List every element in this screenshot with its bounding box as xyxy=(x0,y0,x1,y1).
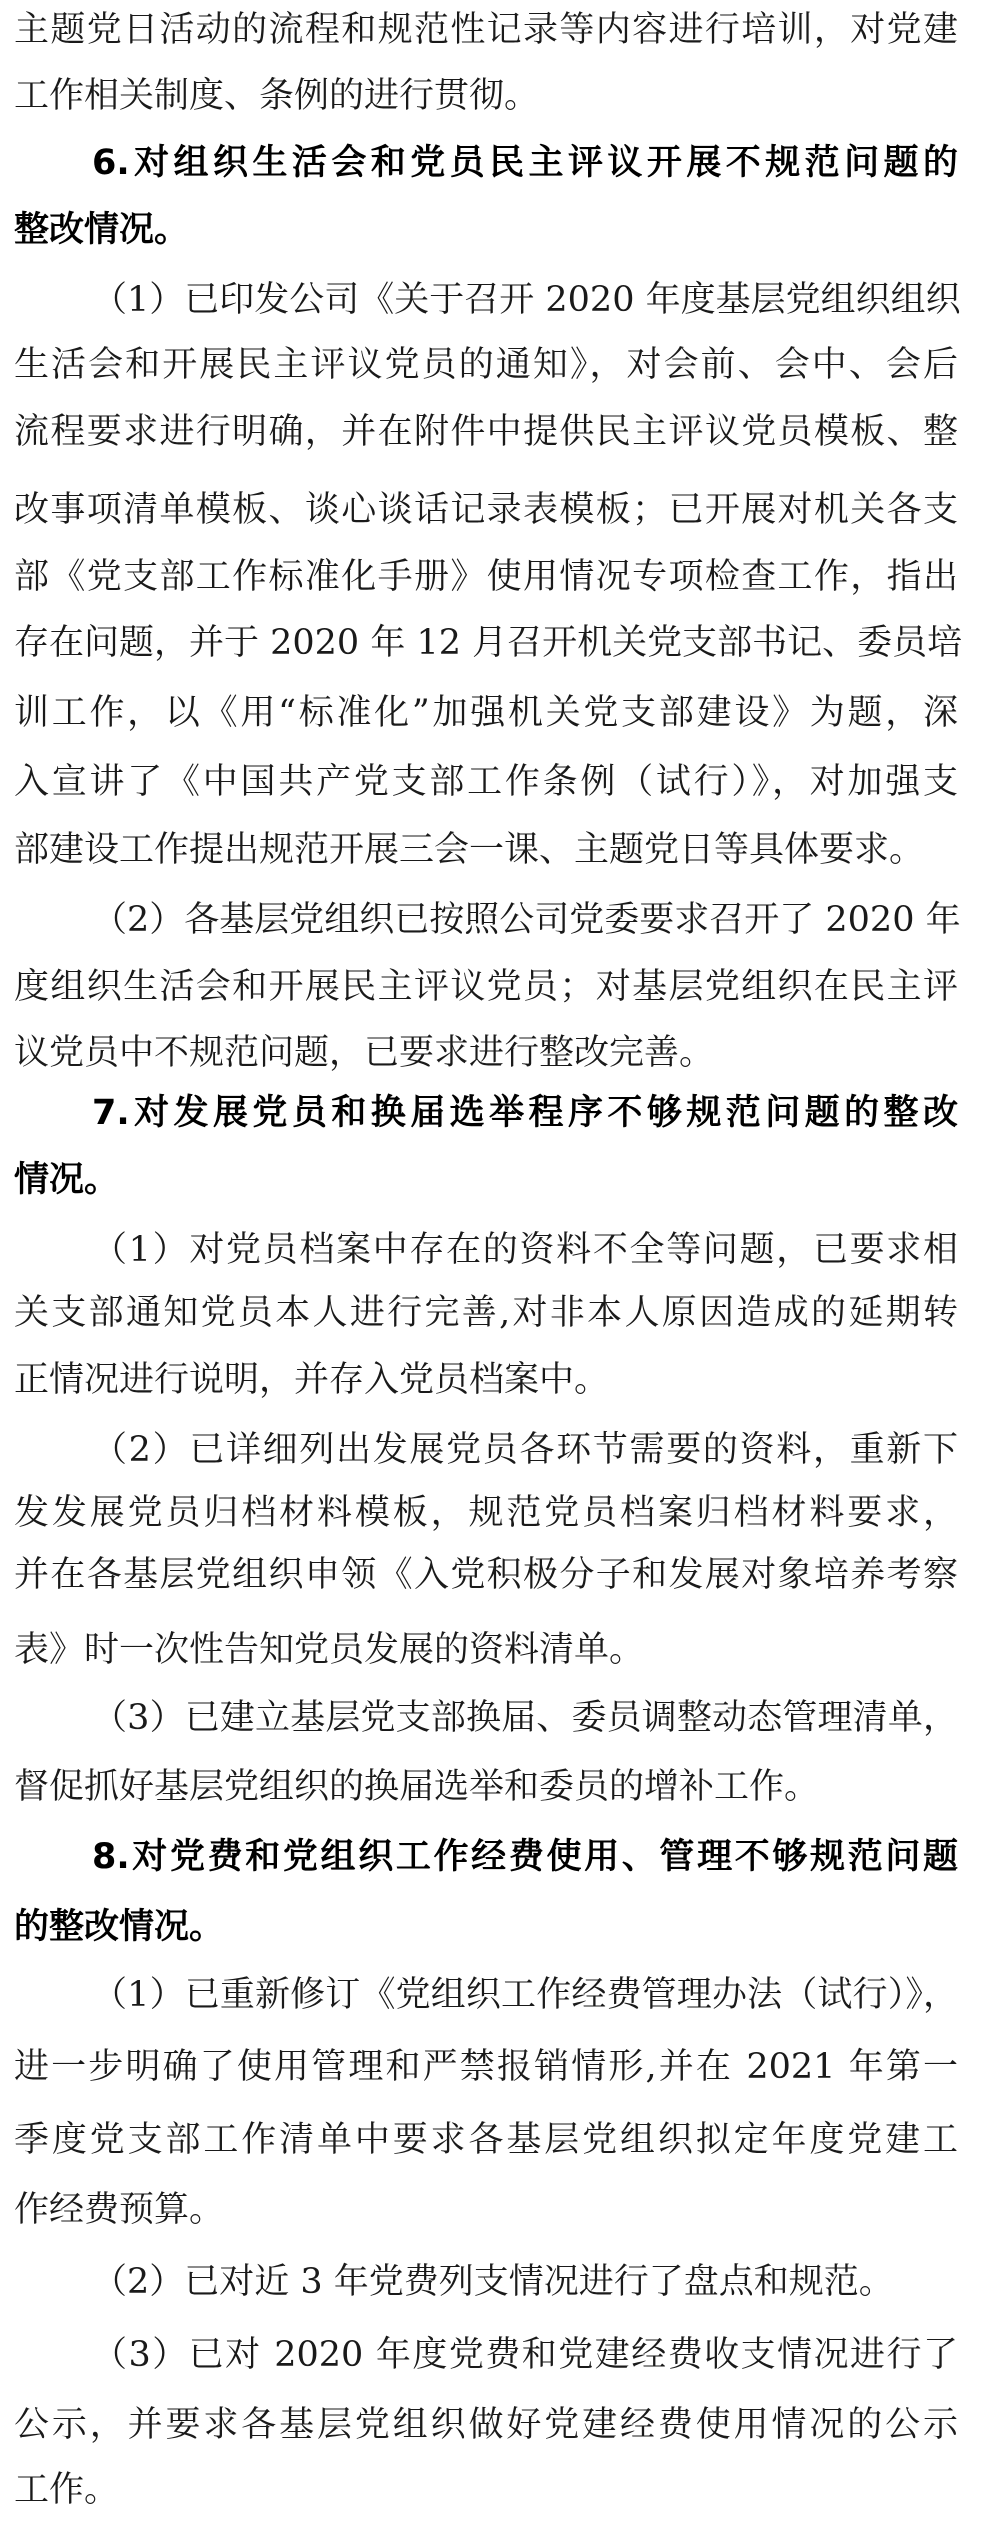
section-6-heading: 6.对组织生活会和党员民主评议开展不规范问题的 xyxy=(92,138,958,188)
section-6-item-1-line: 存在问题，并于 2020 年 12 月召开机关党支部书记、委员培 xyxy=(14,618,958,668)
section-8-item-3-line: 工作。 xyxy=(14,2465,119,2515)
section-7-heading: 7.对发展党员和换届选举程序不够规范问题的整改 xyxy=(92,1088,958,1138)
paragraph-line: 主题党日活动的流程和规范性记录等内容进行培训，对党建 xyxy=(14,5,958,55)
section-8-item-1-line: 进一步明确了使用管理和严禁报销情形,并在 2021 年第一 xyxy=(14,2042,958,2092)
section-7-item-2-line: 发发展党员归档材料模板，规范党员档案归档材料要求， xyxy=(14,1488,958,1538)
section-6-item-1-line: 流程要求进行明确，并在附件中提供民主评议党员模板、整 xyxy=(14,407,958,457)
section-6-item-1-line: 部建设工作提出规范开展三会一课、主题党日等具体要求。 xyxy=(14,825,924,875)
section-6-item-2-line: 度组织生活会和开展民主评议党员；对基层党组织在民主评 xyxy=(14,962,958,1012)
section-7-item-1-line: 关支部通知党员本人进行完善,对非本人原因造成的延期转 xyxy=(14,1288,958,1338)
section-8-item-2-line: （2）已对近 3 年党费列支情况进行了盘点和规范。 xyxy=(92,2257,894,2307)
section-6-item-1-line: 生活会和开展民主评议党员的通知》，对会前、会中、会后 xyxy=(14,340,958,390)
section-6-item-2-line: 议党员中不规范问题，已要求进行整改完善。 xyxy=(14,1028,714,1078)
section-7-item-2-line: （2）已详细列出发展党员各环节需要的资料，重新下 xyxy=(92,1425,958,1475)
section-6-item-1-line: 改事项清单模板、谈心谈话记录表模板；已开展对机关各支 xyxy=(14,485,958,535)
section-7-item-2-line: 表》时一次性告知党员发展的资料清单。 xyxy=(14,1625,644,1675)
section-6-item-1-line: 训工作，以《用“标准化”加强机关党支部建设》为题，深 xyxy=(14,688,958,738)
section-6-heading-cont: 整改情况。 xyxy=(14,205,189,255)
section-6-item-1-line: （1）已印发公司《关于召开 2020 年度基层党组织组织 xyxy=(92,275,958,325)
section-7-item-1-line: 正情况进行说明，并存入党员档案中。 xyxy=(14,1355,609,1405)
paragraph-line: 工作相关制度、条例的进行贯彻。 xyxy=(14,71,539,121)
section-7-item-1-line: （1）对党员档案中存在的资料不全等问题，已要求相 xyxy=(92,1225,958,1275)
section-8-item-3-line: 公示，并要求各基层党组织做好党建经费使用情况的公示 xyxy=(14,2400,958,2450)
section-8-item-1-line: （1）已重新修订《党组织工作经费管理办法（试行）》， xyxy=(92,1970,958,2020)
section-7-item-2-line: 并在各基层党组织申领《入党积极分子和发展对象培养考察 xyxy=(14,1550,958,1600)
section-6-item-1-line: 入宣讲了《中国共产党支部工作条例（试行）》，对加强支 xyxy=(14,757,958,807)
section-8-item-1-line: 季度党支部工作清单中要求各基层党组织拟定年度党建工 xyxy=(14,2115,958,2165)
section-6-item-1-line: 部《党支部工作标准化手册》使用情况专项检查工作，指出 xyxy=(14,552,958,602)
section-7-item-3-line: （3）已建立基层党支部换届、委员调整动态管理清单， xyxy=(92,1693,958,1743)
section-7-heading-cont: 情况。 xyxy=(14,1155,119,1205)
section-8-heading-cont: 的整改情况。 xyxy=(14,1902,224,1952)
section-8-item-1-line: 作经费预算。 xyxy=(14,2185,224,2235)
section-7-item-3-line: 督促抓好基层党组织的换届选举和委员的增补工作。 xyxy=(14,1762,819,1812)
section-8-heading: 8.对党费和党组织工作经费使用、管理不够规范问题 xyxy=(92,1832,958,1882)
document-page: 主题党日活动的流程和规范性记录等内容进行培训，对党建 工作相关制度、条例的进行贯… xyxy=(0,0,1000,2522)
section-8-item-3-line: （3）已对 2020 年度党费和党建经费收支情况进行了 xyxy=(92,2330,958,2380)
section-6-item-2-line: （2）各基层党组织已按照公司党委要求召开了 2020 年 xyxy=(92,895,958,945)
